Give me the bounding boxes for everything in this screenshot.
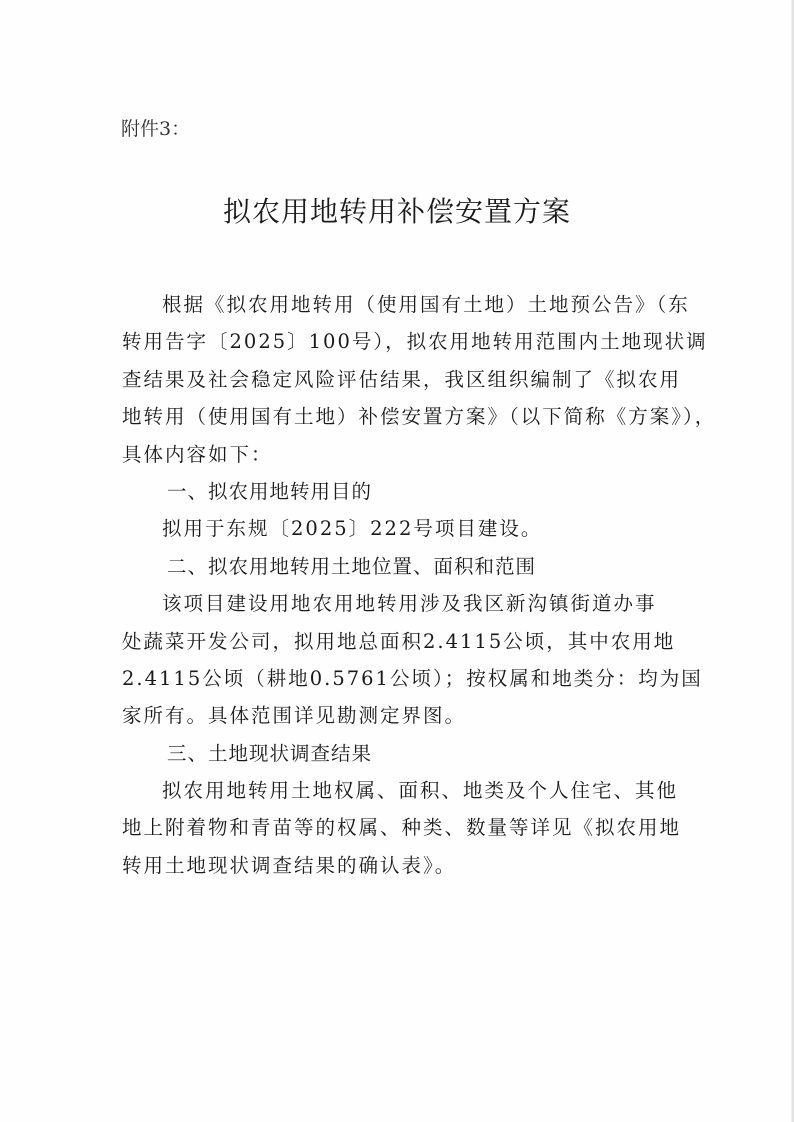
document-title: 拟农用地转用补偿安置方案 <box>0 190 794 230</box>
section-3-line-2: 地上附着物和青苗等的权属、种类、数量等详见《拟农用地 <box>122 809 670 846</box>
attachment-label: 附件3： <box>121 114 190 141</box>
section-2-line-3: 2.4115公顷（耕地0.5761公顷）；按权属和地类分：均为国 <box>122 660 670 697</box>
intro-line-3: 查结果及社会稳定风险评估结果，我区组织编制了《拟农用 <box>122 361 670 398</box>
section-heading-purpose: 一、拟农用地转用目的 <box>122 473 670 510</box>
section-2-line-2: 处蔬菜开发公司，拟用地总面积2.4115公顷，其中农用地 <box>122 623 670 660</box>
section-3-line-1: 拟农用地转用土地权属、面积、地类及个人住宅、其他 <box>122 772 670 809</box>
section-2-line-1: 该项目建设用地农用地转用涉及我区新沟镇街道办事 <box>122 585 670 622</box>
section-2-line-4: 家所有。具体范围详见勘测定界图。 <box>122 697 670 734</box>
document-page: 附件3： 拟农用地转用补偿安置方案 根据《拟农用地转用（使用国有土地）土地预公告… <box>0 0 794 1122</box>
intro-line-4: 地转用（使用国有土地）补偿安置方案》（以下简称《方案》）， <box>122 398 670 435</box>
section-3-line-3: 转用土地现状调查结果的确认表》。 <box>122 847 670 884</box>
document-body: 根据《拟农用地转用（使用国有土地）土地预公告》（东 转用告字〔2025〕100号… <box>122 286 670 884</box>
section-heading-location-area: 二、拟农用地转用土地位置、面积和范围 <box>122 548 670 585</box>
section-1-line-1: 拟用于东规〔2025〕222号项目建设。 <box>122 510 670 547</box>
intro-line-5: 具体内容如下： <box>122 436 670 473</box>
section-heading-survey-results: 三、土地现状调查结果 <box>122 735 670 772</box>
intro-line-1: 根据《拟农用地转用（使用国有土地）土地预公告》（东 <box>122 286 670 323</box>
intro-line-2: 转用告字〔2025〕100号），拟农用地转用范围内土地现状调 <box>122 323 670 360</box>
